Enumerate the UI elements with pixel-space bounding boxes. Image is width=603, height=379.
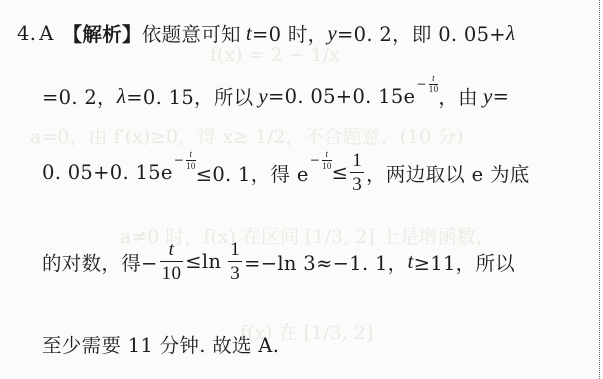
exponent-sign: − — [416, 77, 426, 91]
exponent-sign: − — [310, 153, 320, 167]
fraction-t-over-10: t 10 — [160, 240, 184, 283]
exponent-sign: − — [174, 153, 184, 167]
line2-text-3: =0. 05+0. 15e — [268, 85, 415, 108]
line4-text-1: 的对数，得− — [42, 248, 158, 276]
line3-text-3: ≤ — [332, 161, 349, 184]
exponent: − t 10 — [310, 153, 332, 174]
bleed-through-text-1: f(x) = 2 − 1/x — [210, 44, 340, 66]
line4-text-4: ≥11，所以 — [414, 248, 515, 276]
exponent-numerator: t — [189, 150, 192, 159]
line1-text-3: =0. 2，即 0. 05+ — [337, 19, 506, 47]
explanation-line-5: 至少需要 11 分钟. 故选 A. — [42, 330, 279, 358]
explanation-line-3: 0. 05+0. 15e − t 10 ≤0. 1，得 e − t 10 ≤ 1… — [42, 151, 530, 194]
variable-y: y — [483, 84, 493, 109]
line1-text-1: 依题意可知 — [142, 19, 241, 47]
exponent: − t 10 — [416, 77, 438, 98]
explanation-line-1: 4. A 【解析】 依题意可知 t =0 时， y =0. 2，即 0. 05+… — [17, 19, 515, 47]
explanation-line-4: 的对数，得− t 10 ≤ln 1 3 =−ln 3≈−1. 1， t ≥11，… — [42, 240, 515, 283]
question-number: 4. — [17, 22, 36, 45]
analysis-label: 【解析】 — [63, 19, 142, 47]
fraction-denominator: 10 — [160, 264, 184, 283]
line2-text-4: ，由 — [438, 82, 478, 110]
line2-text-1: =0. 2， — [42, 82, 117, 110]
fraction-numerator: 1 — [350, 151, 364, 170]
fraction-denominator: 3 — [228, 264, 242, 283]
variable-lambda: λ — [117, 84, 126, 109]
variable-y: y — [258, 84, 268, 109]
answer-letter: A — [39, 22, 53, 45]
variable-y: y — [327, 21, 337, 46]
line3-text-1: 0. 05+0. 15e — [42, 161, 173, 184]
exponent-numerator: t — [325, 150, 328, 159]
line3-text-4: ，两边取以 e 为底 — [366, 159, 529, 187]
line4-text-2: ≤ln — [185, 250, 221, 273]
exponent-fraction: t 10 — [186, 150, 196, 171]
exponent-fraction: t 10 — [429, 74, 439, 95]
exponent-fraction: t 10 — [322, 150, 332, 171]
exponent-numerator: t — [432, 74, 435, 83]
line1-text-2: =0 时， — [252, 19, 327, 47]
variable-lambda: λ — [506, 21, 515, 46]
fraction-numerator: t — [167, 240, 177, 259]
exponent-denominator: 10 — [322, 162, 332, 171]
line4-text-3: =−ln 3≈−1. 1， — [244, 248, 407, 276]
line2-text-5: = — [493, 85, 510, 108]
exponent-denominator: 10 — [429, 85, 439, 94]
line2-text-2: =0. 15，所以 — [126, 82, 253, 110]
fraction-denominator: 3 — [350, 175, 364, 194]
line5-text-1: 至少需要 11 分钟. 故选 A. — [42, 330, 279, 358]
explanation-line-2: =0. 2， λ =0. 15，所以 y =0. 05+0. 15e − t 1… — [42, 82, 509, 110]
answer-explanation-page: f(x) = 2 − 1/x a=0，由 f′(x)≥0，得 x≥ 1/2，不合… — [0, 0, 603, 379]
fraction-numerator: 1 — [228, 240, 242, 259]
line3-text-2: ≤0. 1，得 e — [196, 159, 309, 187]
exponent: − t 10 — [174, 153, 196, 174]
bleed-through-text-2: a=0，由 f′(x)≥0，得 x≥ 1/2，不合题意，(10 分) — [30, 122, 464, 149]
margin-dotted-rule — [599, 0, 600, 379]
fraction-one-third: 1 3 — [350, 151, 364, 194]
exponent-denominator: 10 — [186, 162, 196, 171]
fraction-one-third: 1 3 — [228, 240, 242, 283]
